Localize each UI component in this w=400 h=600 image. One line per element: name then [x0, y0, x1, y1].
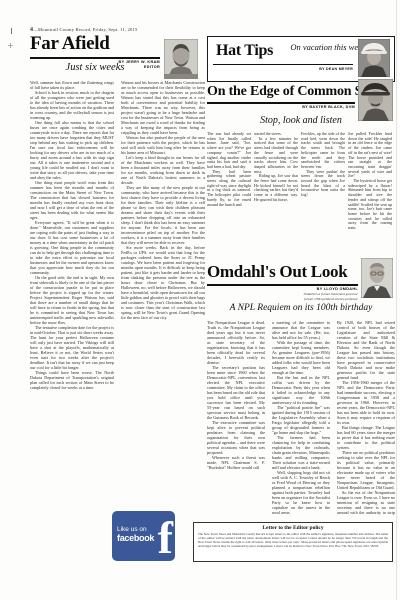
omdahl-byline: BY LLOYD OMDAHL: [258, 287, 358, 291]
hat-tips-rule: [213, 64, 353, 65]
facebook-badge-text: Like us on facebook: [117, 525, 154, 543]
far-afield-headline: Just six weeks: [30, 62, 160, 73]
omdahl-credit-2: former UND political science professor: [238, 297, 358, 301]
facebook-badge-line2: facebook: [117, 534, 154, 543]
hat-tips-byline: BY DEAN MEYER: [253, 67, 353, 71]
hat-tips-title: Hat Tips: [216, 42, 273, 60]
page-edge-scan-line: [396, 0, 397, 600]
common-sense-column-2: started the steers.In a few minutes he n…: [254, 132, 298, 262]
letter-policy-body: The New Town News and Mountrail County R…: [198, 532, 388, 548]
common-sense-byline: BY BAXTER BLACK, DVM: [255, 105, 355, 109]
omdahl-column-2: a meeting of the committee to announce t…: [272, 320, 330, 516]
registration-mark-tick: [11, 28, 12, 34]
far-afield-title: Far Afield: [30, 33, 110, 55]
omdahl-title: Omdahl's Out Look: [207, 262, 347, 282]
facebook-f-icon: f: [158, 515, 173, 561]
far-afield-column-2: Watson and his bosses at Marchants Const…: [121, 80, 205, 508]
facebook-badge: Like us on facebook f: [112, 511, 175, 561]
omdahl-rule: [207, 284, 358, 286]
jerry-kram-photo: [164, 39, 198, 79]
far-afield-column-1: Well, summer has flown and the flutterin…: [30, 80, 114, 562]
letter-policy-title: Letter to the Editor policy: [194, 525, 392, 531]
newspaper-page-scan: { "page": { "folio_num": "4", "folio_res…: [0, 0, 400, 600]
omdahl-headline: A NPL Requiem on its 100th birthday: [207, 303, 395, 313]
common-sense-rule: [207, 102, 355, 104]
common-sense-headline: Stop, look and listen: [207, 115, 395, 126]
registration-mark-plus: +: [7, 42, 15, 50]
lloyd-omdahl-photo: [361, 258, 393, 298]
omdahl-column-1: The Nonpartisan League is dead. Truth is…: [207, 320, 265, 516]
letter-policy-box: Letter to the Editor policy The New Town…: [193, 522, 393, 562]
far-afield-rule: [30, 57, 160, 59]
folio-text: —Mountrail County Record, Friday, Sept. …: [33, 27, 137, 32]
omdahl-column-3: By 1920, the NPL had seized control of b…: [337, 320, 395, 516]
dean-meyer-photo: [358, 39, 390, 77]
common-sense-column-4: Joe pulled Freckles hard down the side! …: [348, 132, 392, 262]
hat-tips-box: Hat Tips On vacation this week BY DEAN M…: [207, 36, 395, 82]
common-sense-column-1: The sun had already set when Joe finally…: [207, 132, 251, 262]
common-sense-column-3: Freckles, up the side of the road bed, w…: [301, 132, 345, 262]
